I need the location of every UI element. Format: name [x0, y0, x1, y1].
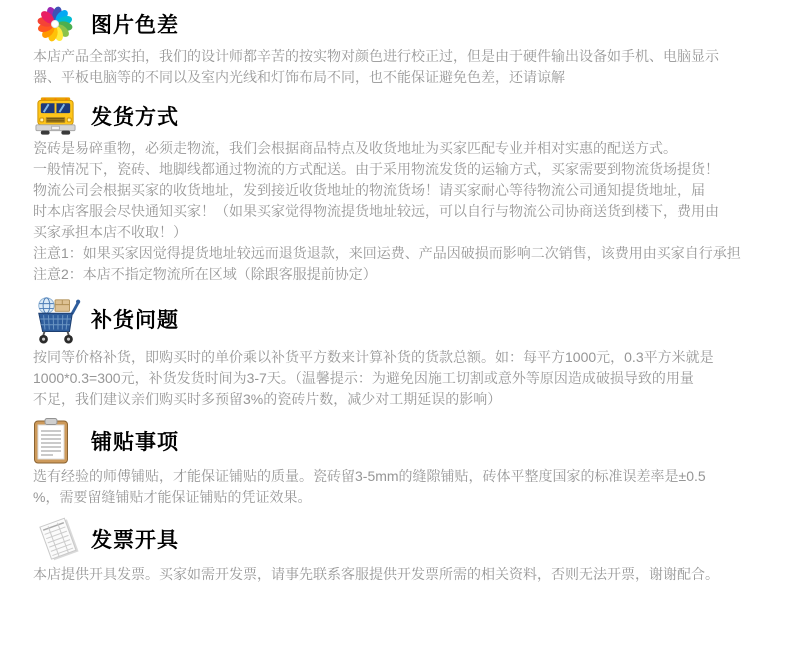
- store-notice-page: 图片色差 本店产品全部实拍，我们的设计师都辛苦的按实物对颜色进行校正过，但是由于…: [0, 0, 790, 663]
- section-invoice: 发票开具 本店提供开具发票。买家如需开发票，请事先联系客服提供开发票所需的相关资…: [33, 516, 790, 585]
- section-title: 发货方式: [91, 101, 179, 131]
- section-restock: 补货问题 按同等价格补货，即购买时的单价乘以补货平方数来计算补货的货款总额。如：…: [33, 293, 790, 410]
- section-color-difference: 图片色差 本店产品全部实拍，我们的设计师都辛苦的按实物对颜色进行校正过，但是由于…: [33, 4, 790, 88]
- section-header: 铺贴事项: [33, 418, 790, 464]
- truck-icon: [33, 96, 83, 136]
- section-header: 图片色差: [33, 4, 790, 44]
- section-header: 补货问题: [33, 293, 790, 345]
- section-tiling-notes: 铺贴事项 选有经验的师傅铺贴，才能保证铺贴的质量。瓷砖留3-5mm的缝隙铺贴，砖…: [33, 418, 790, 508]
- clipboard-icon: [33, 418, 83, 464]
- section-title: 图片色差: [91, 9, 179, 39]
- section-body: 按同等价格补货，即购买时的单价乘以补货平方数来计算补货的货款总额。如：每平方10…: [33, 347, 781, 410]
- section-body: 本店产品全部实拍，我们的设计师都辛苦的按实物对颜色进行校正过，但是由于硬件输出设…: [33, 46, 781, 88]
- section-header: 发货方式: [33, 96, 790, 136]
- section-body: 本店提供开具发票。买家如需开发票，请事先联系客服提供开发票所需的相关资料，否则无…: [33, 564, 781, 585]
- section-header: 发票开具: [33, 516, 790, 562]
- section-shipping-method: 发货方式 瓷砖是易碎重物，必须走物流，我们会根据商品特点及收货地址为买家匹配专业…: [33, 96, 790, 285]
- section-title: 补货问题: [91, 304, 179, 334]
- receipt-icon: [33, 516, 83, 562]
- section-body: 瓷砖是易碎重物，必须走物流，我们会根据商品特点及收货地址为买家匹配专业并相对实惠…: [33, 138, 781, 285]
- section-body: 选有经验的师傅铺贴，才能保证铺贴的质量。瓷砖留3-5mm的缝隙铺贴，砖体平整度国…: [33, 466, 781, 508]
- section-title: 发票开具: [91, 524, 179, 554]
- pinwheel-icon: [33, 4, 83, 44]
- cart-icon: [33, 293, 83, 345]
- section-title: 铺贴事项: [91, 426, 179, 456]
